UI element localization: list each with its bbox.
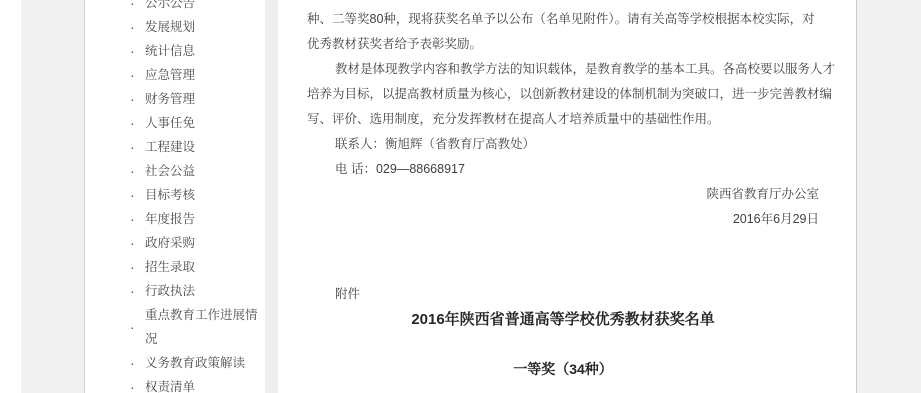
sidebar-item-label: 义务教育政策解读 <box>145 356 245 370</box>
left-page-margin-panel <box>21 0 85 393</box>
contact-person-line: 联系人：衡旭辉（省教育厅高教处） <box>307 132 819 157</box>
sidebar-item-caiwu-guanli[interactable]: · 财务管理 <box>85 87 265 111</box>
sidebar-item-quanze-qingdan[interactable]: · 权责清单 <box>85 375 265 393</box>
sidebar-item-label: 统计信息 <box>145 44 195 58</box>
sidebar-item-label: 年度报告 <box>145 212 195 226</box>
bullet-icon: · <box>130 68 135 82</box>
sidebar-item-label: 目标考核 <box>145 188 195 202</box>
sidebar-item-yingji-guanli[interactable]: · 应急管理 <box>85 63 265 87</box>
sidebar-item-zhongdian-jiaoyu-gongzuo[interactable]: · 重点教育工作进展情况 <box>85 303 265 351</box>
bullet-icon: · <box>130 92 135 106</box>
bullet-icon: · <box>130 380 135 393</box>
sidebar-content-divider <box>265 0 278 393</box>
bullet-icon: · <box>130 260 135 274</box>
body-text-line: 优秀教材获奖者给予表彰奖励。 <box>307 32 819 57</box>
bullet-icon: · <box>130 164 135 178</box>
signature-office: 陕西省教育厅办公室 <box>307 182 819 207</box>
sidebar-item-shehui-gongyi[interactable]: · 社会公益 <box>85 159 265 183</box>
body-text-line: 种、二等奖80种，现将获奖名单予以公布（名单见附件）。请有关高等学校根据本校实际… <box>307 7 819 32</box>
body-text-line: 教材是体现教学内容和教学方法的知识载体，是教育教学的基本工具。各高校要以服务人才 <box>307 57 819 82</box>
bullet-icon: · <box>130 236 135 250</box>
sidebar-item-label: 应急管理 <box>145 68 195 82</box>
bullet-icon: · <box>130 0 135 10</box>
signature-date: 2016年6月29日 <box>307 207 819 232</box>
sidebar-nav: · 公示公告 · 发展规划 · 统计信息 · 应急管理 · 财务管理 · 人事任… <box>85 0 265 393</box>
body-text-line: 写、评价、选用制度，充分发挥教材在提高人才培养质量中的基础性作用。 <box>307 107 819 132</box>
body-text-line: 培养为目标，以提高教材质量为核心，以创新教材建设的体制机制为突破口，进一步完善教… <box>307 82 819 107</box>
attachment-title: 2016年陕西省普通高等学校优秀教材获奖名单 <box>307 307 819 332</box>
sidebar-item-label: 重点教育工作进展情况 <box>145 308 258 346</box>
sidebar-item-label: 公示公告 <box>145 0 195 10</box>
sidebar-item-label: 权责清单 <box>145 380 195 393</box>
sidebar-item-label: 行政执法 <box>145 284 195 298</box>
right-page-margin-panel <box>856 0 921 393</box>
document-content: 种、二等奖80种，现将获奖名单予以公布（名单见附件）。请有关高等学校根据本校实际… <box>278 0 856 393</box>
sidebar-item-label: 政府采购 <box>145 236 195 250</box>
attachment-label: 附件 <box>307 282 819 307</box>
bullet-icon: · <box>130 188 135 202</box>
sidebar-item-label: 财务管理 <box>145 92 195 106</box>
bullet-icon: · <box>130 44 135 58</box>
sidebar-item-fazhan-guihua[interactable]: · 发展规划 <box>85 15 265 39</box>
sidebar-item-gongcheng-jianshe[interactable]: · 工程建设 <box>85 135 265 159</box>
sidebar-item-xingzheng-zhifa[interactable]: · 行政执法 <box>85 279 265 303</box>
sidebar-item-gongshi-gonggao[interactable]: · 公示公告 <box>85 0 265 15</box>
sidebar-item-label: 发展规划 <box>145 20 195 34</box>
bullet-icon: · <box>130 320 135 334</box>
sidebar-item-zhaosheng-luqu[interactable]: · 招生录取 <box>85 255 265 279</box>
sidebar-menu: · 公示公告 · 发展规划 · 统计信息 · 应急管理 · 财务管理 · 人事任… <box>85 0 265 393</box>
bullet-icon: · <box>130 116 135 130</box>
phone-line: 电 话：029—88668917 <box>307 157 819 182</box>
sidebar-item-renshi-renmian[interactable]: · 人事任免 <box>85 111 265 135</box>
sidebar-item-label: 招生录取 <box>145 260 195 274</box>
bullet-icon: · <box>130 284 135 298</box>
sidebar-item-tongji-xinxi[interactable]: · 统计信息 <box>85 39 265 63</box>
sidebar-item-yiwu-jiaoyu-zhengce[interactable]: · 义务教育政策解读 <box>85 351 265 375</box>
sidebar-item-niandu-baogao[interactable]: · 年度报告 <box>85 207 265 231</box>
bullet-icon: · <box>130 140 135 154</box>
first-prize-heading: 一等奖（34种） <box>307 357 819 382</box>
bullet-icon: · <box>130 20 135 34</box>
sidebar-item-label: 人事任免 <box>145 116 195 130</box>
sidebar-item-mubiao-kaohe[interactable]: · 目标考核 <box>85 183 265 207</box>
sidebar-item-zhengfu-caigou[interactable]: · 政府采购 <box>85 231 265 255</box>
bullet-icon: · <box>130 212 135 226</box>
sidebar-item-label: 工程建设 <box>145 140 195 154</box>
bullet-icon: · <box>130 356 135 370</box>
sidebar-item-label: 社会公益 <box>145 164 195 178</box>
